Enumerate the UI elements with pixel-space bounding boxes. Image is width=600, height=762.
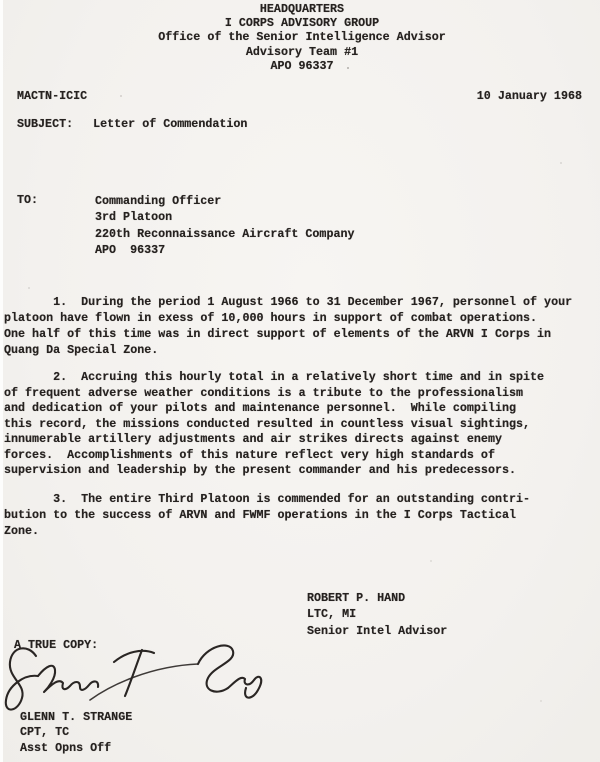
paragraph-1: 1. During the period 1 August 1966 to 31… (4, 295, 572, 359)
scan-speck (347, 67, 349, 69)
scan-speck (540, 700, 542, 702)
scan-speck (28, 287, 30, 289)
handwritten-signature-icon (2, 640, 270, 718)
letter-date: 10 January 1968 (477, 89, 582, 103)
letterhead: HEADQUARTERS I CORPS ADVISORY GROUP Offi… (0, 2, 600, 73)
paragraph-2: 2. Accruing this hourly total in a relat… (4, 370, 544, 479)
to-address: Commanding Officer 3rd Platoon 220th Rec… (95, 193, 355, 259)
subject-line: SUBJECT:Letter of Commendation (17, 117, 247, 131)
certifier-block: GLENN T. STRANGE CPT, TC Asst Opns Off (20, 710, 132, 756)
office-symbol: MACTN-ICIC (17, 89, 87, 103)
scan-speck (430, 560, 432, 562)
paragraph-3: 3. The entire Third Platoon is commended… (4, 492, 530, 539)
scan-speck (560, 162, 562, 164)
scan-speck (120, 95, 122, 97)
signature-block: ROBERT P. HAND LTC, MI Senior Intel Advi… (307, 590, 447, 639)
to-label: TO: (17, 193, 38, 207)
letter-page: HEADQUARTERS I CORPS ADVISORY GROUP Offi… (0, 0, 600, 762)
subject-text: Letter of Commendation (93, 117, 247, 131)
subject-label: SUBJECT: (17, 117, 73, 131)
